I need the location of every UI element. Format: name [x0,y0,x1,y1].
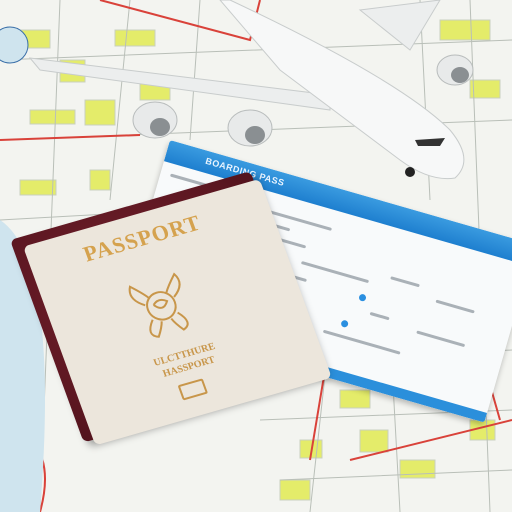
travel-photo: BOARDING PASS PASSPORT [0,0,512,512]
model-airplane [0,0,512,200]
